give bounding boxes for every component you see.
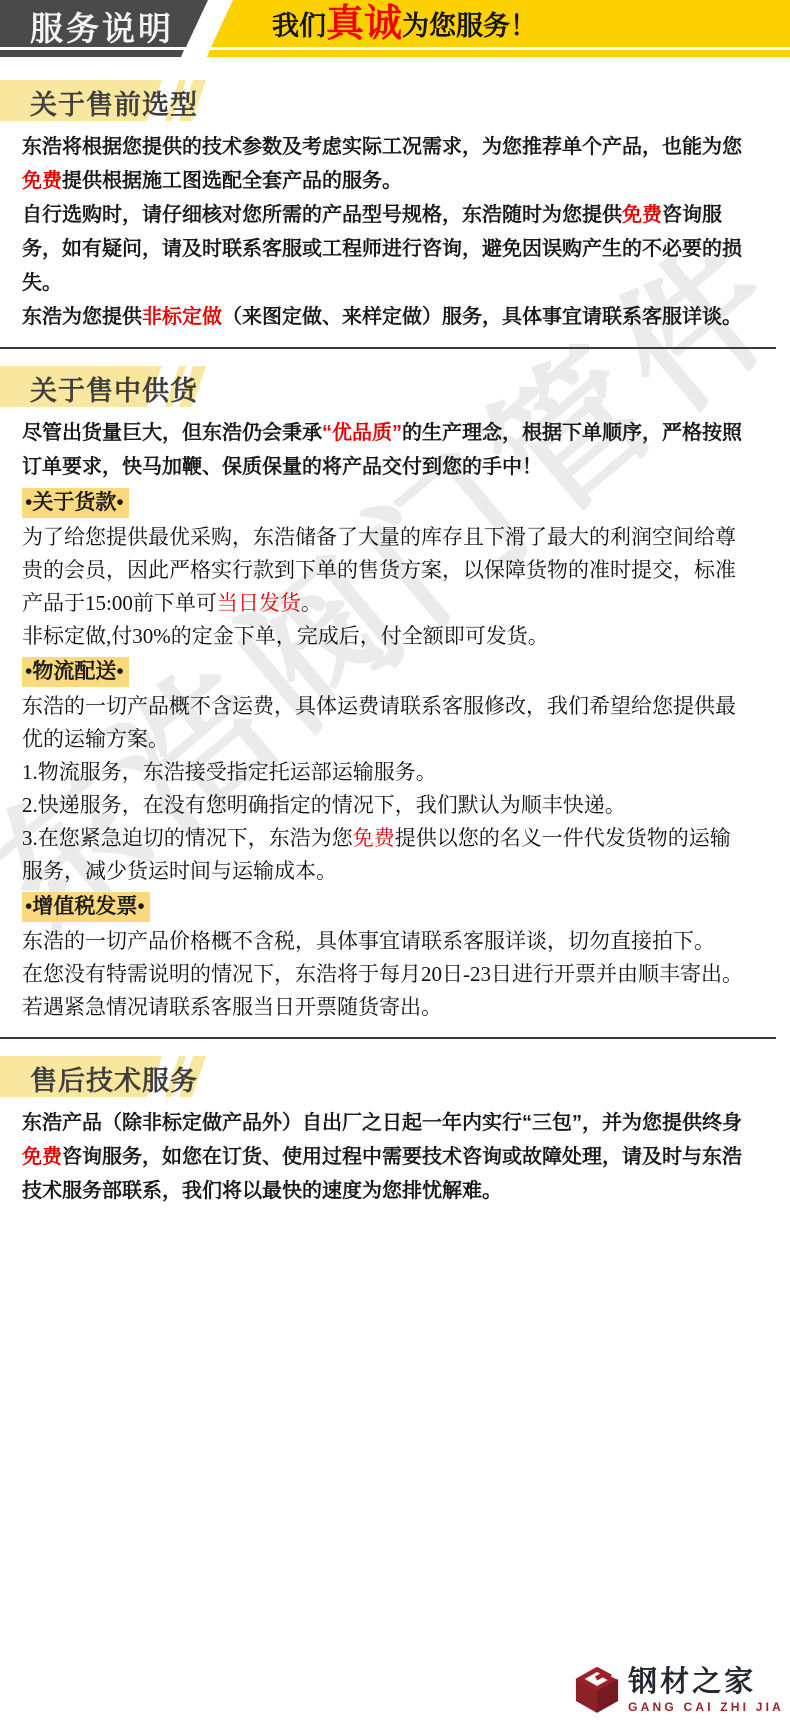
brand-name-cn: 钢材之家 (628, 1668, 784, 1697)
section-heading: 售后技术服务 (0, 1056, 744, 1097)
paragraph: 东浩产品（除非标定做产品外）自出厂之日起一年内实行“三包”，并为您提供终身免费咨… (22, 1106, 744, 1208)
paragraph: 在您没有特需说明的情况下，东浩将于每月20日-23日进行开票并由顺丰寄出。 (22, 958, 744, 991)
paragraph: 3.在您紧急迫切的情况下，东浩为您免费提供以您的名义一件代发货物的运输服务，减少… (22, 822, 744, 888)
paragraph: 1.物流服务，东浩接受指定托运部运输服务。 (22, 756, 744, 789)
section-title-presale: 关于售前选型 (30, 83, 198, 122)
content-area: 关于售前选型 东浩将根据您提供的技术参数及考虑实际工况需求，为您推荐单个产品，也… (0, 80, 790, 1208)
header-tab-title: 服务说明 (30, 3, 174, 50)
paragraph: 尽管出货量巨大，但东浩仍会秉承“优品质”的生产理念，根据下单顺序，严格按照订单要… (22, 416, 744, 484)
paragraph: 为了给您提供最优采购，东浩储备了大量的库存且下滑了最大的利润空间给尊贵的会员，因… (22, 521, 744, 620)
bullet-heading-invoice: •增值税发票• (22, 892, 744, 922)
header-slogan: 我们真诚为您服务！ (272, 0, 537, 47)
section-divider (0, 347, 776, 349)
paragraph: 东浩的一切产品概不含运费，具体运费请联系客服修改，我们希望给您提供最优的运输方案… (22, 690, 744, 756)
paragraph: 东浩为您提供非标定做（来图定做、来样定做）服务，具体事宜请联系客服详谈。 (22, 300, 744, 334)
paragraph: 东浩的一切产品价格概不含税，具体事宜请联系客服详谈，切勿直接拍下。 (22, 925, 744, 958)
paragraph: 东浩将根据您提供的技术参数及考虑实际工况需求，为您推荐单个产品，也能为您免费提供… (22, 130, 744, 198)
section-title-supply: 关于售中供货 (30, 369, 198, 408)
page-root: 东浩阀门管件 服务说明 我们真诚为您服务！ 关于售前选型 东浩将根据您提供的技术… (0, 0, 790, 1726)
paragraph: 自行选购时，请仔细核对您所需的产品型号规格，东浩随时为您提供免费咨询服务，如有疑… (22, 198, 744, 300)
header-underline-stripe (0, 50, 790, 57)
bullet-heading-payment: •关于货款• (22, 488, 744, 518)
section-presale: 关于售前选型 东浩将根据您提供的技术参数及考虑实际工况需求，为您推荐单个产品，也… (22, 80, 744, 334)
header-band: 服务说明 我们真诚为您服务！ (0, 0, 790, 47)
section-heading: 关于售前选型 (0, 80, 744, 121)
section-supply: 关于售中供货 尽管出货量巨大，但东浩仍会秉承“优品质”的生产理念，根据下单顺序，… (22, 366, 744, 1024)
brand-text: 钢材之家 GANG CAI ZHI JIA (628, 1668, 784, 1713)
bullet-heading-logistics: •物流配送• (22, 657, 744, 687)
section-heading: 关于售中供货 (0, 366, 744, 407)
brand-logo: 钢材之家 GANG CAI ZHI JIA (575, 1666, 784, 1714)
cube-logo-icon (575, 1666, 619, 1714)
paragraph: 非标定做,付30%的定金下单，完成后，付全额即可发货。 (22, 620, 744, 653)
brand-name-en: GANG CAI ZHI JIA (628, 1701, 784, 1713)
section-aftersale: 售后技术服务 东浩产品（除非标定做产品外）自出厂之日起一年内实行“三包”，并为您… (22, 1056, 744, 1208)
paragraph: 2.快递服务，在没有您明确指定的情况下，我们默认为顺丰快递。 (22, 789, 744, 822)
paragraph: 若遇紧急情况请联系客服当日开票随货寄出。 (22, 991, 744, 1024)
section-title-aftersale: 售后技术服务 (30, 1059, 198, 1098)
section-divider (0, 1037, 776, 1039)
